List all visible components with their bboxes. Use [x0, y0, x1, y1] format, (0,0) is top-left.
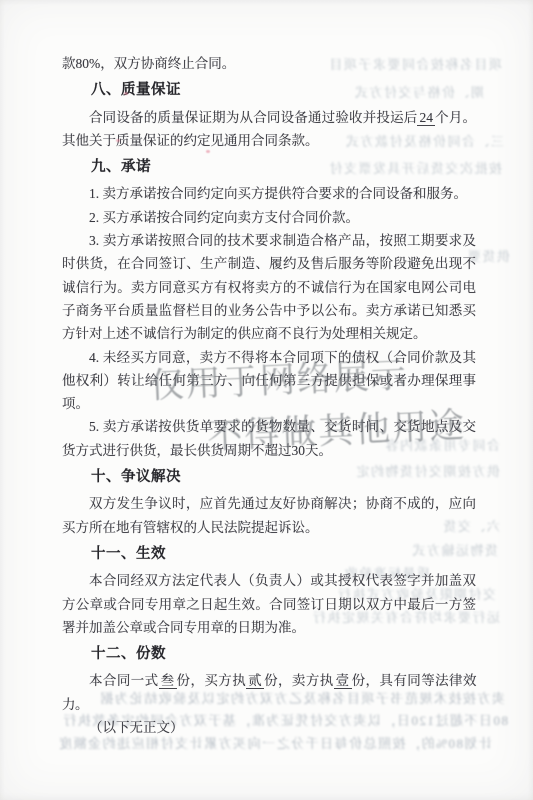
underlined-value: 贰 — [246, 673, 264, 689]
text-segment: 份，卖方执 — [264, 673, 334, 688]
paragraph: 双方发生争议时，应首先通过友好协商解决；协商不成的，应向买方所在地有管辖权的人民… — [62, 492, 476, 539]
text-segment: 4. 未经买方同意，卖方不得将本合同项下的债权（合同价款及其他权利）转让给任何第… — [62, 350, 476, 412]
section-heading: 九、承诺 — [62, 156, 476, 179]
text-segment: 份，买方执 — [177, 673, 247, 688]
section-heading: 八、质量保证 — [62, 79, 476, 102]
contract-body: 款80%，双方协商终止合同。八、质量保证合同设备的质量保证期为从合同设备通过验收… — [62, 52, 476, 739]
text-segment: 十二、份数 — [91, 646, 166, 662]
section-heading: 十一、生效 — [62, 543, 476, 566]
paragraph: 5. 卖方承诺按供货单要求的货物数量、交货时间、交货地点及交货方式进行供货，最长… — [62, 415, 476, 462]
paragraph: 合同设备的质量保证期为从合同设备通过验收并投运后24个月。其他关于质量保证的约定… — [62, 106, 476, 153]
text-segment: 1. 卖方承诺按合同约定向买方提供符合要求的合同设备和服务。 — [89, 186, 467, 201]
scan-speckle — [116, 139, 120, 142]
paragraph: 2. 买方承诺按合同约定向卖方支付合同价款。 — [62, 206, 476, 229]
text-segment: 九、承诺 — [91, 159, 151, 175]
text-segment: 十、争议解决 — [91, 469, 181, 485]
paragraph: 1. 卖方承诺按合同约定向买方提供符合要求的合同设备和服务。 — [62, 182, 476, 205]
section-heading: 十二、份数 — [62, 643, 476, 666]
text-segment: 合同设备的质量保证期为从合同设备通过验收并投运后 — [89, 110, 417, 125]
text-segment: 双方发生争议时，应首先通过友好协商解决；协商不成的，应向买方所在地有管辖权的人民… — [62, 496, 476, 534]
paragraph: 本合同一式叁份，买方执贰份，卖方执壹份，具有同等法律效力。 — [62, 669, 476, 716]
text-segment: 本合同经双方法定代表人（负责人）或其授权代表签字并加盖双方公章或合同专用章之日起… — [62, 573, 476, 635]
scanned-contract-page: 项目名称按合同要求子项目期、价格与交付方式三、合同价格及付款方式按批次交货后开具… — [0, 0, 533, 800]
section-heading: 十、争议解决 — [62, 466, 476, 489]
paragraph: 4. 未经买方同意，卖方不得将本合同项下的债权（合同价款及其他权利）转让给任何第… — [62, 346, 476, 416]
scan-speckle — [124, 92, 128, 95]
text-segment: 十一、生效 — [91, 546, 166, 562]
text-segment: 5. 卖方承诺按供货单要求的货物数量、交货时间、交货地点及交货方式进行供货，最长… — [62, 419, 476, 457]
paragraph: 3. 卖方承诺按照合同的技术要求制造合格产品，按照工期要求及时供货，在合同签订、… — [62, 229, 476, 345]
scan-speckle — [206, 150, 210, 153]
paragraph: 款80%，双方协商终止合同。 — [62, 52, 476, 75]
text-segment: 八、质量保证 — [91, 82, 181, 98]
underlined-value: 24 — [417, 110, 435, 126]
underlined-value: 叁 — [159, 673, 177, 689]
text-segment: 3. 卖方承诺按照合同的技术要求制造合格产品，按照工期要求及时供货，在合同签订、… — [62, 233, 476, 341]
paragraph: （以下无正文） — [62, 716, 476, 739]
text-segment: 2. 买方承诺按合同约定向卖方支付合同价款。 — [89, 210, 359, 225]
underlined-value: 壹 — [334, 673, 352, 689]
paragraph: 本合同经双方法定代表人（负责人）或其授权代表签字并加盖双方公章或合同专用章之日起… — [62, 569, 476, 639]
text-segment: （以下无正文） — [89, 720, 184, 735]
text-segment: 本合同一式 — [89, 673, 159, 688]
text-segment: 款80%，双方协商终止合同。 — [62, 56, 235, 71]
